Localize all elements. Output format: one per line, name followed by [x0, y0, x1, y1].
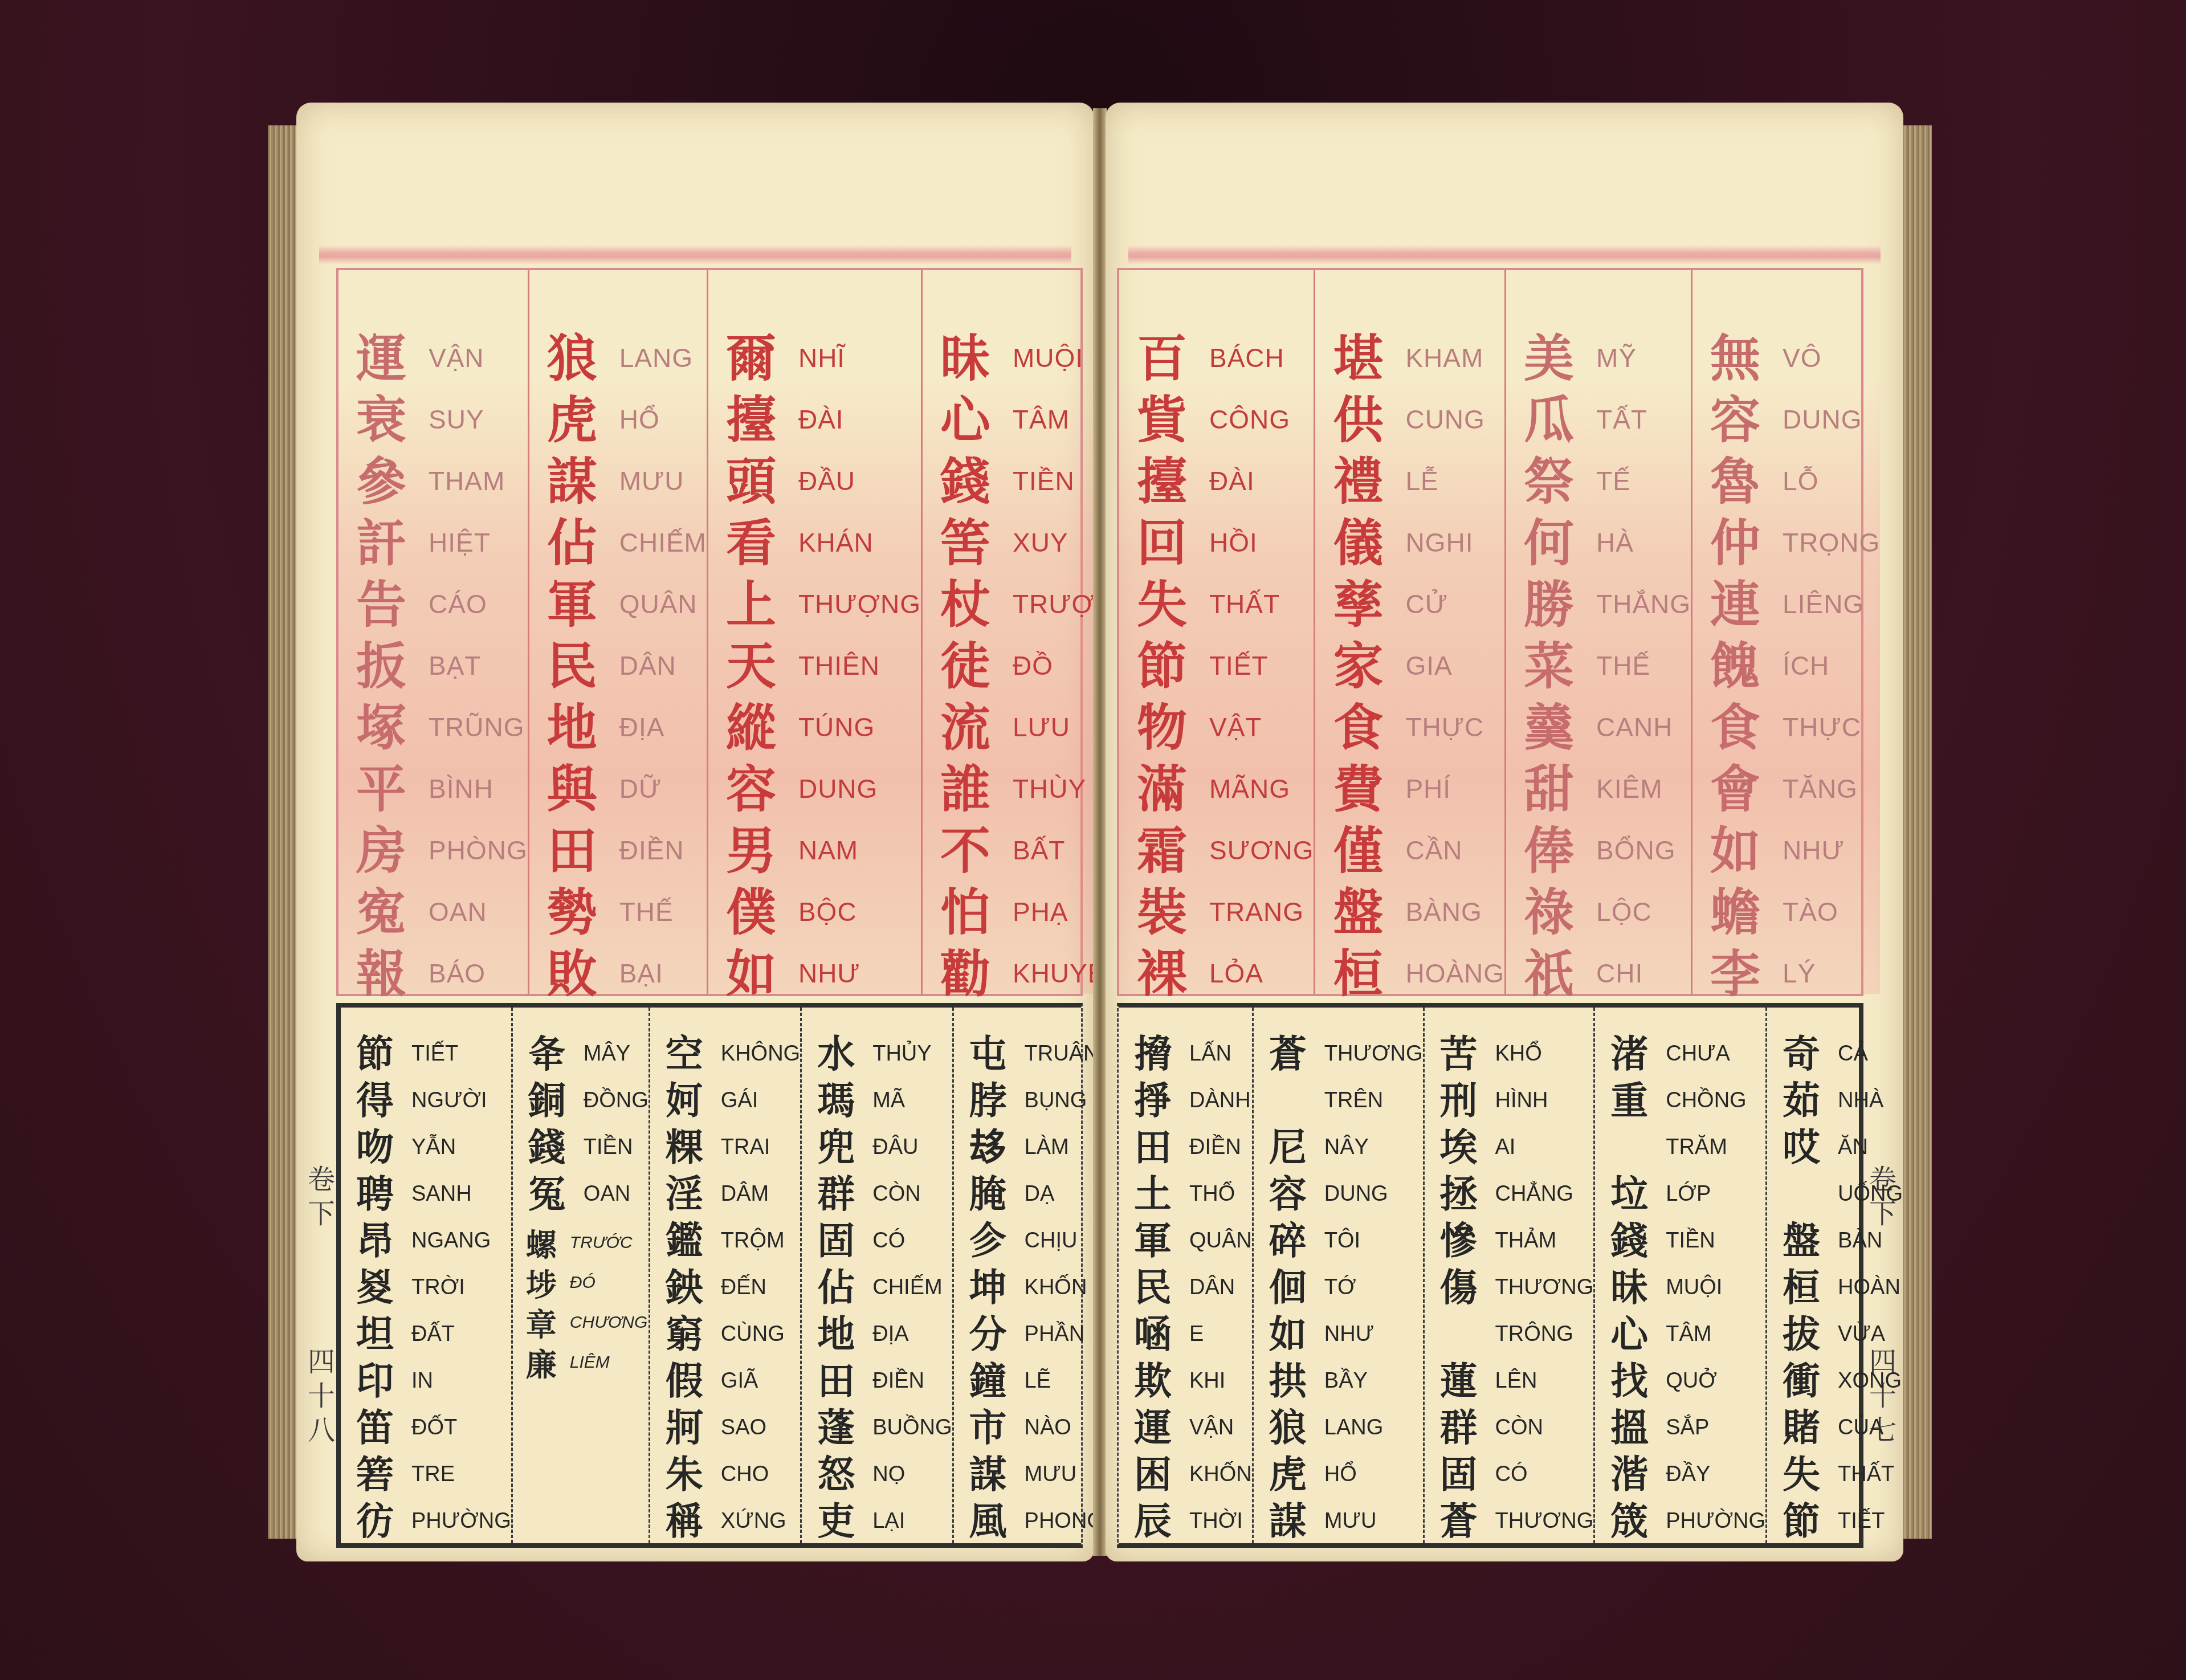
- viet-reading: HỔ: [619, 389, 707, 450]
- hanzi-character: 頭: [726, 450, 776, 512]
- viet-reading: NHƯ: [1783, 819, 1880, 881]
- upper-column: 堪供禮儀孳家食費僅盤桓 KHAMCUNGLỄNGHICỬGIATHỰCPHÍCẦ…: [1315, 270, 1506, 994]
- viet-reading: HÌNH: [1495, 1077, 1594, 1124]
- viet-reading: TÂM: [1666, 1311, 1765, 1357]
- hanzi-character: 錢: [528, 1124, 566, 1171]
- hanzi-character: 容: [726, 758, 776, 819]
- viet-reading: CHƯA: [1666, 1030, 1765, 1077]
- viet-reading: TRUÂN: [1025, 1030, 1104, 1077]
- hanzi-character: 堪: [1333, 327, 1383, 389]
- viet-reading: CỦA: [1838, 1404, 1903, 1451]
- hanzi-list: 堪供禮儀孳家食費僅盤桓: [1315, 327, 1401, 994]
- hanzi-character: 吏: [817, 1498, 855, 1544]
- hanzi-character: 衝: [1783, 1357, 1820, 1404]
- viet-reading: THỰC: [1783, 696, 1880, 758]
- viet-reading: TIỀN: [1666, 1217, 1765, 1264]
- hanzi-character: 水: [817, 1030, 855, 1077]
- hanzi-character: 茹: [1783, 1077, 1820, 1124]
- viet-reading: ĐÀI: [1209, 450, 1314, 512]
- upper-column: 爾擡頭看上天縱容男僕如 NHĨĐÀIĐẦUKHÁNTHƯỢNGTHIÊNTÚNG…: [708, 270, 923, 994]
- viet-reading: THẾ: [619, 881, 707, 943]
- hanzi-character: 祇: [1524, 943, 1574, 1004]
- hanzi-character: 虎: [1269, 1451, 1307, 1498]
- hanzi-character: 擡: [1137, 450, 1187, 512]
- hanzi-character: 李: [1710, 943, 1760, 1004]
- viet-reading: BỤNG: [1025, 1077, 1104, 1124]
- viet-reading: LÀM: [1025, 1124, 1104, 1171]
- lower-column: 空妸粿淫鑑鉠窮假牁朱稱 KHÔNGGÁITRAIDÂMTRỘMĐẾNCÙNGGI…: [650, 1008, 802, 1543]
- viet-reading: DẠ: [1025, 1171, 1104, 1217]
- hanzi-list: 苦刑埃拯慘傷𥉫蓮群固蒼: [1425, 1030, 1493, 1543]
- hanzi-character: 卷: [308, 1163, 335, 1197]
- hanzi-character: 失: [1137, 573, 1187, 635]
- hanzi-character: TRƯỚC: [570, 1233, 633, 1253]
- viet-reading: TÀO: [1783, 881, 1880, 943]
- hanzi-character: 風: [969, 1498, 1007, 1544]
- hanzi-character: 不: [940, 819, 990, 881]
- viet-reading: VÔ: [1783, 327, 1880, 389]
- hanzi-character: 冤: [528, 1171, 566, 1217]
- hanzi-character: 桓: [1333, 943, 1383, 1004]
- hanzi-character: 屯: [969, 1030, 1007, 1077]
- upper-column: 美瓜祭何勝菜羹甜俸祿祇 MỸTẤTTẾHÀTHẮNGTHẾCANHKIÊMBỔN…: [1506, 270, 1692, 994]
- hanzi-character: 流: [940, 696, 990, 758]
- hanzi-character: 祿: [1524, 881, 1574, 943]
- hanzi-character: 食: [1333, 696, 1383, 758]
- hanzi-character: 民: [1134, 1264, 1172, 1311]
- viet-reading: THẮNG: [1596, 573, 1691, 635]
- hanzi-character: 蓬: [817, 1404, 855, 1451]
- upper-column: 無容魯仲連餽食會如蟾李 VÔDUNGLỖTRỌNGLIÊNGÍCHTHỰCTĂN…: [1692, 270, 1880, 994]
- viet-reading-list: THƯƠNGTRÊNNÂYDUNGTÔITỚNHƯBẦYLANGHỔMƯU: [1322, 1030, 1423, 1543]
- viet-reading: THỜI: [1189, 1498, 1252, 1544]
- hanzi-character: 儀: [1333, 512, 1383, 573]
- hanzi-character: 爾: [726, 327, 776, 389]
- hanzi-character: 瑪: [817, 1077, 855, 1124]
- viet-reading: CHI: [1596, 943, 1691, 1004]
- hanzi-character: 聘: [356, 1171, 394, 1217]
- viet-reading: CHO: [721, 1451, 800, 1498]
- hanzi-character: 勢: [547, 881, 597, 943]
- viet-reading-list: BÁCHCÔNGĐÀIHỒITHẤTTIẾTVẬTMÃNGSƯƠNGTRANGL…: [1205, 327, 1314, 994]
- hanzi-character: 鑑: [666, 1217, 703, 1264]
- hanzi-character: 印: [356, 1357, 394, 1404]
- hanzi-list: 夅銅錢冤: [513, 1030, 581, 1217]
- viet-reading-list: VẬNSUYTHAMHIỆTCÁOBẠTTRŨNGBÌNHPHÒNGOANBÁO: [424, 327, 528, 994]
- hanzi-character: 虎: [547, 389, 597, 450]
- viet-reading: LIÊNG: [1783, 573, 1880, 635]
- viet-reading: ĐẾN: [721, 1264, 800, 1311]
- hanzi-character: 拱: [1269, 1357, 1307, 1404]
- hanzi-character: 傷: [1440, 1264, 1478, 1311]
- hanzi-character: 供: [1333, 389, 1383, 450]
- lower-column: 搚掙田土軍民㖤欺運困辰 LẤNDÀNHĐIỀNTHỔQUÂNDÂNEKHIVẬN…: [1119, 1008, 1254, 1543]
- hanzi-list: 運衰參訐告扳塚平房寃報: [338, 327, 424, 994]
- viet-reading: NHƯ: [798, 943, 921, 1004]
- viet-reading: NGƯỜI: [411, 1077, 511, 1124]
- viet-reading: TRÔNG: [1495, 1311, 1594, 1357]
- hanzi-character: 苦: [1440, 1030, 1478, 1077]
- viet-reading: DUNG: [798, 758, 921, 819]
- viet-reading-list: NHĨĐÀIĐẦUKHÁNTHƯỢNGTHIÊNTÚNGDUNGNAMBỘCNH…: [794, 327, 921, 994]
- hanzi-character: 腌: [969, 1171, 1007, 1217]
- lower-column: 苦刑埃拯慘傷𥉫蓮群固蒼 KHỔHÌNHAICHẲNGTHẢMTHƯƠNGTRÔN…: [1425, 1008, 1596, 1543]
- hanzi-character: 謀: [547, 450, 597, 512]
- hanzi-character: 脖: [969, 1077, 1007, 1124]
- upper-column: 運衰參訐告扳塚平房寃報 VẬNSUYTHAMHIỆTCÁOBẠTTRŨNGBÌN…: [338, 270, 529, 994]
- hanzi-character: 碎: [1269, 1217, 1307, 1264]
- viet-reading: TÚNG: [798, 696, 921, 758]
- hanzi-character: 勸: [940, 943, 990, 1004]
- viet-reading-list: KHAMCUNGLỄNGHICỬGIATHỰCPHÍCẦNBÀNGHOÀNG: [1401, 327, 1504, 994]
- viet-reading-list: THỦYMÃĐÂUCÒNCÓCHIẾMĐỊAĐIỀNBUỒNGNỌLẠI: [870, 1030, 952, 1543]
- hanzi-character: 貲: [1137, 389, 1187, 450]
- hanzi-character: 朱: [666, 1451, 703, 1498]
- upper-column: 百貲擡回失節物滿霜裝裸 BÁCHCÔNGĐÀIHỒITHẤTTIẾTVẬTMÃN…: [1119, 270, 1315, 994]
- hanzi-character: 怕: [940, 881, 990, 943]
- viet-reading: DUNG: [1324, 1171, 1423, 1217]
- viet-reading: ĐIỀN: [619, 819, 707, 881]
- hanzi-character: 窮: [666, 1311, 703, 1357]
- hanzi-character: 百: [1137, 327, 1187, 389]
- hanzi-character: 湝: [1610, 1451, 1648, 1498]
- hanzi-character: 寃: [356, 881, 406, 943]
- viet-reading: CÔNG: [1209, 389, 1314, 450]
- viet-reading: TRAI: [721, 1124, 800, 1171]
- hanzi-character: 地: [547, 696, 597, 758]
- hanzi-character: 看: [726, 512, 776, 573]
- viet-reading: SẮP: [1666, 1404, 1765, 1451]
- viet-reading: XỨNG: [721, 1498, 800, 1544]
- viet-reading: CHỒNG: [1666, 1077, 1765, 1124]
- hanzi-character: 俸: [1524, 819, 1574, 881]
- annotation-list: 螺TRƯỚC 埗ĐÓ 章CHƯƠNG 廉LIÊM: [513, 1223, 649, 1383]
- viet-reading: TIẾT: [1838, 1498, 1903, 1544]
- lower-column: 奇茹哎𠰘盤桓拔衝賭失節 CẢNHÀĂNUỐNGBÀNHOÀNVỪAXONGCỦA…: [1767, 1008, 1903, 1543]
- hanzi-character: 擡: [726, 389, 776, 450]
- hanzi-character: 失: [1783, 1451, 1820, 1498]
- viet-reading: NÂY: [1324, 1124, 1423, 1171]
- hanzi-character: 哎: [1783, 1124, 1820, 1171]
- viet-reading: ĐẦY: [1666, 1451, 1765, 1498]
- hanzi-character: 禮: [1333, 450, 1383, 512]
- viet-reading: DÂN: [1189, 1264, 1252, 1311]
- viet-reading: ĐỒNG: [584, 1077, 649, 1124]
- hanzi-character: 尼: [1269, 1124, 1307, 1171]
- left-page-number: 四 十 八: [308, 1345, 335, 1447]
- hanzi-character: 坤: [969, 1264, 1007, 1311]
- viet-reading: TẾ: [1596, 450, 1691, 512]
- hanzi-character: 何: [1524, 512, 1574, 573]
- hanzi-character: 蓮: [1440, 1357, 1478, 1404]
- viet-reading: PHƯỜNG: [411, 1498, 511, 1544]
- viet-reading: NGHI: [1405, 512, 1504, 573]
- hanzi-character: 參: [356, 450, 406, 512]
- viet-reading-list: LANGHỔMƯUCHIẾMQUÂNDÂNĐỊADỮĐIỀNTHẾBẠI: [615, 327, 707, 994]
- hanzi-character: 羹: [1524, 696, 1574, 758]
- viet-reading-list: KHÔNGGÁITRAIDÂMTRỘMĐẾNCÙNGGIÃSAOCHOXỨNG: [719, 1030, 800, 1543]
- hanzi-character: 蟾: [1710, 881, 1760, 943]
- viet-reading: DÂN: [619, 635, 707, 696]
- viet-reading: HOÀN: [1838, 1264, 1903, 1311]
- hanzi-list: 屯脖𠫾腌㐱坤分鐘市謀風: [954, 1030, 1022, 1543]
- hanzi-character: 昂: [356, 1217, 394, 1264]
- viet-reading-list: CẢNHÀĂNUỐNGBÀNHOÀNVỪAXONGCỦATHẤTTIẾT: [1836, 1030, 1903, 1543]
- hanzi-character: 滿: [1137, 758, 1187, 819]
- hanzi-character: 僕: [726, 881, 776, 943]
- hanzi-character: 餽: [1710, 635, 1760, 696]
- hanzi-character: 㐱: [969, 1217, 1007, 1264]
- red-header-band: [319, 245, 1071, 264]
- hanzi-character: 告: [356, 573, 406, 635]
- hanzi-list: 無容魯仲連餽食會如蟾李: [1692, 327, 1778, 994]
- viet-reading: LỘC: [1596, 881, 1691, 943]
- viet-reading: DỮ: [619, 758, 707, 819]
- viet-reading: LÝ: [1783, 943, 1880, 1004]
- hanzi-character: 衰: [356, 389, 406, 450]
- hanzi-character: 地: [817, 1311, 855, 1357]
- viet-reading: ĐIỀN: [1189, 1124, 1252, 1171]
- hanzi-character: 下: [308, 1197, 335, 1231]
- hanzi-character: 㖤: [1134, 1311, 1172, 1357]
- viet-reading: VẬT: [1209, 696, 1314, 758]
- hanzi-character: CHƯƠNG: [570, 1313, 647, 1332]
- viet-reading: MÃ: [872, 1077, 952, 1124]
- hanzi-character: 狼: [1269, 1404, 1307, 1451]
- viet-reading: MÂY: [584, 1030, 649, 1077]
- hanzi-character: 奇: [1783, 1030, 1820, 1077]
- viet-reading: AI: [1495, 1124, 1594, 1171]
- viet-reading: PHÒNG: [429, 819, 528, 881]
- viet-reading: LẼ: [1025, 1357, 1104, 1404]
- hanzi-character: 渚: [1610, 1030, 1648, 1077]
- hanzi-character: 上: [726, 573, 776, 635]
- hanzi-character: 房: [356, 819, 406, 881]
- hanzi-character: 八: [308, 1413, 335, 1447]
- viet-reading: CÙNG: [721, 1311, 800, 1357]
- hanzi-list: 空妸粿淫鑑鉠窮假牁朱稱: [650, 1030, 719, 1543]
- viet-reading: HỔ: [1324, 1451, 1423, 1498]
- hanzi-character: 埃: [1440, 1124, 1478, 1171]
- viet-reading: ĐIỀN: [872, 1357, 952, 1404]
- viet-reading: PHƯỜNG: [1666, 1498, 1765, 1544]
- viet-reading: KHỐN: [1025, 1264, 1104, 1311]
- hanzi-character: 拯: [1440, 1171, 1478, 1217]
- hanzi-character: 廉: [513, 1341, 570, 1385]
- viet-reading-list: TRUÂNBỤNGLÀMDẠCHỊUKHỐNPHẦNLẼNÀOMƯUPHONG: [1022, 1030, 1104, 1543]
- hanzi-character: 霜: [1137, 819, 1187, 881]
- viet-reading-list: CHƯACHỒNGTRĂMLỚPTIỀNMUỘITÂMQUỞSẮPĐẦYPHƯỜ…: [1663, 1030, 1765, 1543]
- hanzi-character: 賭: [1783, 1404, 1820, 1451]
- hanzi-character: 佪: [1269, 1264, 1307, 1311]
- hanzi-character: 蒼: [1269, 1030, 1307, 1077]
- hanzi-character: 箬: [356, 1451, 394, 1498]
- hanzi-list: 狼虎謀佔軍民地與田勢敗: [529, 327, 615, 994]
- hanzi-list: 水瑪兜群固佔地田蓬怒吏: [802, 1030, 870, 1543]
- hanzi-character: 節: [1137, 635, 1187, 696]
- lower-column: 節得吻聘昂㚇坦印笛箬彷 TIẾTNGƯỜIYẪNSANHNGANGTRỜIĐẤT…: [341, 1008, 513, 1543]
- lower-column: 蒼𨖅尼容碎佪如拱狼虎謀 THƯƠNGTRÊNNÂYDUNGTÔITỚNHƯBẦY…: [1254, 1008, 1425, 1543]
- hanzi-character: 螺: [513, 1221, 570, 1265]
- viet-reading: OAN: [429, 881, 528, 943]
- right-lower-black-section: 搚掙田土軍民㖤欺運困辰 LẤNDÀNHĐIỀNTHỔQUÂNDÂNEKHIVẬN…: [1117, 1003, 1863, 1548]
- hanzi-character: 食: [1710, 696, 1760, 758]
- hanzi-character: 容: [1710, 389, 1760, 450]
- hanzi-character: ĐÓ: [570, 1273, 596, 1292]
- open-book: 卷 下 四 十 八 運衰參訐告扳塚平房寃報 VẬNSUYTHAMHIỆTCÁOB…: [268, 91, 1932, 1561]
- hanzi-character: 牁: [666, 1404, 703, 1451]
- viet-reading: TRĂM: [1666, 1124, 1765, 1171]
- viet-reading: CHIẾM: [619, 512, 707, 573]
- hanzi-character: 刑: [1440, 1077, 1478, 1124]
- hanzi-character: 平: [356, 758, 406, 819]
- hanzi-character: 與: [547, 758, 597, 819]
- viet-reading: ĐẤT: [411, 1311, 511, 1357]
- viet-reading: NAM: [798, 819, 921, 881]
- viet-reading: LỚP: [1666, 1171, 1765, 1217]
- viet-reading: SANH: [411, 1171, 511, 1217]
- hanzi-character: 兜: [817, 1124, 855, 1171]
- viet-reading: LỖ: [1783, 450, 1880, 512]
- viet-reading: BÌNH: [429, 758, 528, 819]
- hanzi-character: 粿: [666, 1124, 703, 1171]
- viet-reading: ÍCH: [1783, 635, 1880, 696]
- viet-reading: THỔ: [1189, 1171, 1252, 1217]
- viet-reading: SƯƠNG: [1209, 819, 1314, 881]
- viet-reading: BUỒNG: [872, 1404, 952, 1451]
- hanzi-character: 僅: [1333, 819, 1383, 881]
- viet-reading: ĐẦU: [798, 450, 921, 512]
- viet-reading: THỦY: [872, 1030, 952, 1077]
- viet-reading: HIỆT: [429, 512, 528, 573]
- hanzi-character: 節: [356, 1030, 394, 1077]
- hanzi-character: 回: [1137, 512, 1187, 573]
- viet-reading: PHẦN: [1025, 1311, 1104, 1357]
- viet-reading: TẤT: [1596, 389, 1691, 450]
- viet-reading: TỚ: [1324, 1264, 1423, 1311]
- viet-reading: GIA: [1405, 635, 1504, 696]
- viet-reading: TÔI: [1324, 1217, 1423, 1264]
- viet-reading: TRỌNG: [1783, 512, 1880, 573]
- hanzi-character: 怒: [817, 1451, 855, 1498]
- viet-reading-list: KHỔHÌNHAICHẲNGTHẢMTHƯƠNGTRÔNGLÊNCÒNCÓTHƯ…: [1493, 1030, 1594, 1543]
- hanzi-character: 魯: [1710, 450, 1760, 512]
- viet-reading: TIẾT: [411, 1030, 511, 1077]
- hanzi-list: 昧心錢筈杖徒流誰不怕勸: [923, 327, 1008, 994]
- hanzi-character: 田: [547, 819, 597, 881]
- viet-reading: TRỜI: [411, 1264, 511, 1311]
- hanzi-list: 美瓜祭何勝菜羹甜俸祿祇: [1506, 327, 1592, 994]
- hanzi-list: 搚掙田土軍民㖤欺運困辰: [1119, 1030, 1187, 1543]
- viet-reading: CHẲNG: [1495, 1171, 1594, 1217]
- viet-reading: MƯU: [619, 450, 707, 512]
- annotation-item: 埗ĐÓ: [513, 1263, 649, 1303]
- hanzi-character: 祭: [1524, 450, 1574, 512]
- hanzi-character: 杖: [940, 573, 990, 635]
- viet-reading: GIÃ: [721, 1357, 800, 1404]
- hanzi-character: 假: [666, 1357, 703, 1404]
- viet-reading-list: MỸTẤTTẾHÀTHẮNGTHẾCANHKIÊMBỔNGLỘCCHI: [1592, 327, 1691, 994]
- hanzi-character: 家: [1333, 635, 1383, 696]
- viet-reading: GÁI: [721, 1077, 800, 1124]
- hanzi-character: 謀: [1269, 1498, 1307, 1544]
- viet-reading: SAO: [721, 1404, 800, 1451]
- hanzi-character: 筈: [940, 512, 990, 573]
- hanzi-character: 妸: [666, 1077, 703, 1124]
- hanzi-character: 縱: [726, 696, 776, 758]
- hanzi-character: 孳: [1333, 573, 1383, 635]
- hanzi-character: 彷: [356, 1498, 394, 1544]
- right-upper-red-section: 百貲擡回失節物滿霜裝裸 BÁCHCÔNGĐÀIHỒITHẤTTIẾTVẬTMÃN…: [1117, 268, 1863, 996]
- viet-reading: KHỐN: [1189, 1451, 1252, 1498]
- viet-reading: ĐÂU: [872, 1124, 952, 1171]
- viet-reading: TIỀN: [584, 1124, 649, 1171]
- viet-reading: TIẾT: [1209, 635, 1314, 696]
- hanzi-character: 淫: [666, 1171, 703, 1217]
- viet-reading: NHĨ: [798, 327, 921, 389]
- hanzi-list: 奇茹哎𠰘盤桓拔衝賭失節: [1767, 1030, 1836, 1543]
- hanzi-character: 運: [356, 327, 406, 389]
- viet-reading: DÂM: [721, 1171, 800, 1217]
- left-upper-red-section: 運衰參訐告扳塚平房寃報 VẬNSUYTHAMHIỆTCÁOBẠTTRŨNGBÌN…: [336, 268, 1083, 996]
- viet-reading: THIÊN: [798, 635, 921, 696]
- hanzi-list: 節得吻聘昂㚇坦印笛箬彷: [341, 1030, 409, 1543]
- hanzi-character: 無: [1710, 327, 1760, 389]
- viet-reading: NÀO: [1025, 1404, 1104, 1451]
- viet-reading: LANG: [1324, 1404, 1423, 1451]
- viet-reading: BÁO: [429, 943, 528, 1004]
- viet-reading: VẬN: [429, 327, 528, 389]
- right-page: 卷 下 四 十 七 百貲擡回失節物滿霜裝裸 BÁCHCÔNGĐÀIHỒITHẤT…: [1106, 103, 1903, 1561]
- viet-reading: CẦN: [1405, 819, 1504, 881]
- viet-reading: QUỞ: [1666, 1357, 1765, 1404]
- hanzi-character: 錢: [1610, 1217, 1648, 1264]
- hanzi-character: 掙: [1134, 1077, 1172, 1124]
- viet-reading: TĂNG: [1783, 758, 1880, 819]
- viet-reading: THAM: [429, 450, 528, 512]
- hanzi-character: 勝: [1524, 573, 1574, 635]
- hanzi-character: 群: [817, 1171, 855, 1217]
- viet-reading: TRE: [411, 1451, 511, 1498]
- hanzi-character: 鉠: [666, 1264, 703, 1311]
- left-lower-black-section: 節得吻聘昂㚇坦印笛箬彷 TIẾTNGƯỜIYẪNSANHNGANGTRỜIĐẤT…: [336, 1003, 1083, 1548]
- left-page: 卷 下 四 十 八 運衰參訐告扳塚平房寃報 VẬNSUYTHAMHIỆTCÁOB…: [296, 103, 1094, 1561]
- hanzi-character: 㚇: [356, 1264, 394, 1311]
- viet-reading: MƯU: [1324, 1498, 1423, 1544]
- viet-reading: THƯỢNG: [798, 573, 921, 635]
- hanzi-list: 蒼𨖅尼容碎佪如拱狼虎謀: [1254, 1030, 1322, 1543]
- viet-reading: YẪN: [411, 1124, 511, 1171]
- hanzi-character: 訐: [356, 512, 406, 573]
- lower-column: 水瑪兜群固佔地田蓬怒吏 THỦYMÃĐÂUCÒNCÓCHIẾMĐỊAĐIỀNBU…: [802, 1008, 953, 1543]
- viet-reading: IN: [411, 1357, 511, 1404]
- viet-reading: UỐNG: [1838, 1171, 1903, 1217]
- annotation-item: 章CHƯƠNG: [513, 1303, 649, 1343]
- viet-reading: VẬN: [1189, 1404, 1252, 1451]
- hanzi-character: 心: [1610, 1311, 1648, 1357]
- viet-reading: DÀNH: [1189, 1077, 1252, 1124]
- hanzi-character: 軍: [1134, 1217, 1172, 1264]
- hanzi-character: 銅: [528, 1077, 566, 1124]
- viet-reading: QUÂN: [1189, 1217, 1252, 1264]
- hanzi-character: 得: [356, 1077, 394, 1124]
- viet-reading: BẠT: [429, 635, 528, 696]
- red-header-band: [1128, 245, 1881, 264]
- hanzi-character: 重: [1610, 1077, 1648, 1124]
- hanzi-character: 辰: [1134, 1498, 1172, 1544]
- hanzi-character: 困: [1134, 1451, 1172, 1498]
- hanzi-character: 盤: [1333, 881, 1383, 943]
